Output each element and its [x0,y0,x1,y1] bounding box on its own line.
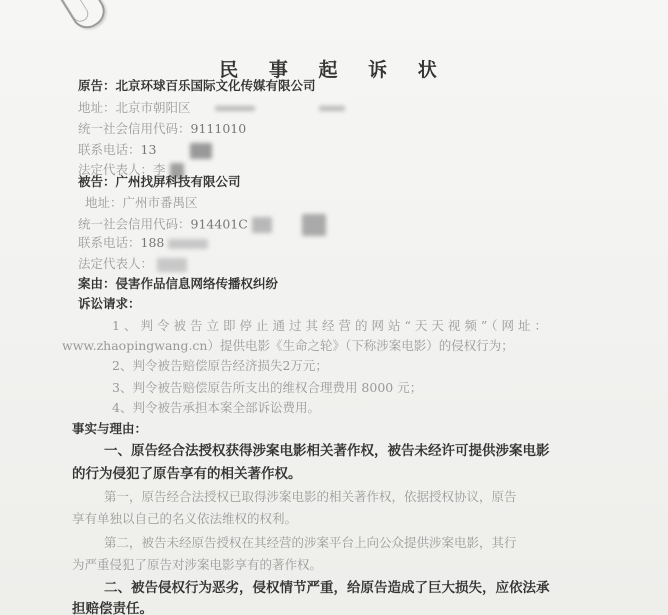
defendant-phone: 188 [141,235,165,250]
cause-label: 案由： [78,276,116,291]
defendant-phone-label: 联系电话： [78,235,141,250]
defendant-address-line: 地址：广州市番禺区 [85,195,198,211]
redaction [157,258,187,272]
plaintiff-phone-line: 联系电话：13 [78,142,212,159]
facts-heading: 事实与理由： [72,421,147,437]
defendant-code-label: 统一社会信用代码： [78,217,191,232]
defendant-address: 广州市番禺区 [123,195,198,210]
cause-value: 侵害作品信息网络传播权纠纷 [116,276,279,291]
defendant-rep-label: 法定代表人： [78,256,153,271]
plaintiff-code-label: 统一社会信用代码： [78,121,191,136]
plaintiff-phone: 13 [141,142,157,157]
plaintiff-address: 北京市朝阳区 [116,100,191,115]
claim-item-1: 1、判令被告立即停止通过其经营的网站“天天视频”（网址： [112,318,551,334]
facts-second-line1: 第二，被告未经原告授权在其经营的涉案平台上向公众提供涉案电影，其行 [104,535,517,551]
facts-second-line2: 为严重侵犯了原告对涉案电影享有的著作权。 [72,557,322,573]
facts-point1-line2: 的行为侵犯了原告享有的相关著作权。 [72,466,302,482]
plaintiff-name: 北京环球百乐国际文化传媒有限公司 [116,78,316,93]
plaintiff-address-label: 地址： [78,100,116,115]
defendant-phone-line: 联系电话：188 [78,235,208,251]
claims-heading: 诉讼请求： [78,296,141,312]
redaction [252,217,272,233]
redaction [168,239,208,249]
document-page: 民 事 起 诉 状 原告：北京环球百乐国际文化传媒有限公司 地址：北京市朝阳区 … [0,0,668,615]
claim-item-1-cont: www.zhaopingwang.cn）提供电影《生命之轮》（下称涉案电影）的侵… [62,338,514,354]
claim-item-2: 2、判令被告赔偿原告经济损失2万元； [112,358,328,374]
defendant-rep-line: 法定代表人： [78,256,187,272]
facts-point1-line1: 一、原告经合法授权获得涉案电影相关著作权，被告未经许可提供涉案电影 [104,443,550,459]
facts-first-line2: 享有单独以自己的名义依法维权的权利。 [72,511,297,527]
facts-first-line1: 第一，原告经合法授权已取得涉案电影的相关著作权，依据授权协议，原告 [104,489,517,505]
plaintiff-line: 原告：北京环球百乐国际文化传媒有限公司 [78,78,316,94]
defendant-label: 被告： [78,174,116,189]
plaintiff-label: 原告： [78,78,116,93]
plaintiff-code: 9111010 [191,121,247,136]
cause-line: 案由：侵害作品信息网络传播权纠纷 [78,276,278,292]
defendant-line: 被告：广州找屏科技有限公司 [78,174,241,190]
plaintiff-phone-label: 联系电话： [78,142,141,157]
redaction [302,214,326,236]
facts-point2-line2: 担赔偿责任。 [72,601,153,615]
redaction [190,143,212,159]
claim-item-4: 4、判令被告承担本案全部诉讼费用。 [112,400,320,416]
defendant-address-label: 地址： [85,195,123,210]
claim-item-3: 3、判令被告赔偿原告所支出的维权合理费用 8000 元； [112,380,422,396]
redaction [215,106,255,111]
facts-point2-line1: 二、被告侵权行为恶劣，侵权情节严重，给原告造成了巨大损失，应依法承 [104,580,550,596]
defendant-code-line: 统一社会信用代码：914401C [78,214,326,236]
defendant-code: 914401C [191,217,248,232]
defendant-name: 广州找屏科技有限公司 [116,174,241,189]
plaintiff-address-line: 地址：北京市朝阳区 [78,100,345,116]
plaintiff-code-line: 统一社会信用代码：9111010 [78,121,246,137]
redaction [319,106,345,111]
